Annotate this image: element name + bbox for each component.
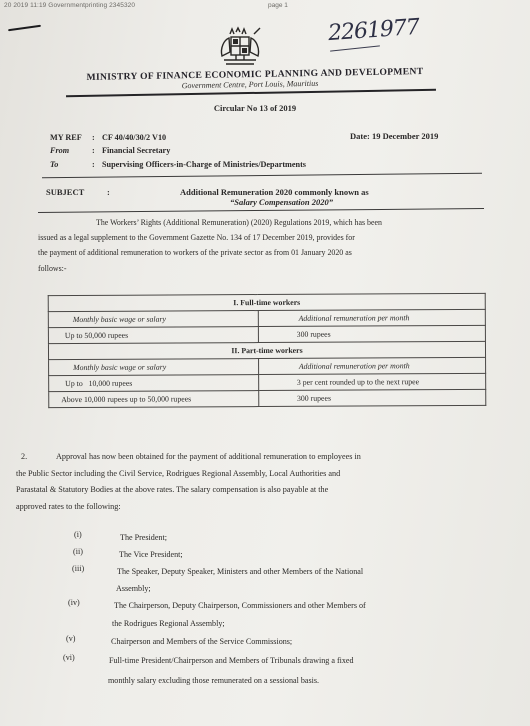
remuneration-cell: 300 rupees (258, 389, 485, 406)
item-text: The Chairperson, Deputy Chairperson, Com… (114, 598, 366, 615)
intro-line: issued as a legal supplement to the Gove… (38, 230, 445, 245)
ref-colon: : (92, 133, 95, 142)
to-colon: : (92, 160, 95, 169)
approval-paragraph: 2.Approval has now been obtained for the… (16, 449, 464, 515)
coat-of-arms-icon (216, 26, 264, 68)
wage-cell: Above 10,000 rupees up to 50,000 rupees (49, 391, 259, 408)
item-number: (ii) (73, 547, 83, 556)
intro-line: the payment of additional remuneration t… (38, 245, 445, 260)
item-text: The Speaker, Deputy Speaker, Ministers a… (117, 564, 363, 581)
subject-divider (38, 208, 484, 213)
item-text: Chairperson and Members of the Service C… (111, 634, 292, 651)
approval-line: approved rates to the following: (16, 499, 464, 516)
item-number: (iv) (68, 598, 80, 607)
handwritten-annotation: 2261977 (327, 15, 420, 46)
subject-subtitle: “Salary Compensation 2020” (230, 197, 333, 207)
circular-number: Circular No 13 of 2019 (150, 103, 360, 113)
approval-line: Approval has now been obtained for the p… (56, 452, 361, 461)
circular-document-page: 20 2019 11:19 Governmentprinting 2345320… (0, 0, 530, 726)
item-text: The President; (120, 530, 167, 547)
handwritten-underline (330, 45, 380, 51)
to-value: Supervising Officers-in-Charge of Minist… (102, 160, 306, 169)
item-number: (v) (66, 634, 75, 643)
table-row: Above 10,000 rupees up to 50,000 rupees … (49, 389, 486, 407)
column-header-wage: Monthly basic wage or salary (48, 311, 258, 328)
item-text: Assembly; (116, 581, 151, 598)
circular-date: Date: 19 December 2019 (350, 131, 438, 141)
fax-transmission-header: 20 2019 11:19 Governmentprinting 2345320 (4, 2, 135, 9)
fax-page-number: page 1 (268, 2, 288, 9)
wage-cell: Up to 50,000 rupees (48, 327, 258, 344)
subject-colon: : (107, 187, 110, 197)
remuneration-table: I. Full-time workers Monthly basic wage … (48, 293, 487, 408)
item-text: the Rodrigues Regional Assembly; (112, 616, 225, 633)
subject-label: SUBJECT (46, 187, 84, 197)
item-number: (i) (74, 530, 82, 539)
letterhead-rule (66, 89, 436, 97)
intro-line: follows:- (38, 261, 445, 276)
from-value: Financial Secretary (102, 146, 170, 155)
column-header-remuneration: Additional remuneration per month (258, 357, 485, 374)
remuneration-cell: 300 rupees (258, 325, 485, 342)
pen-mark (8, 25, 41, 32)
to-label: To (50, 160, 58, 169)
item-text: The Vice President; (119, 547, 183, 564)
from-colon: : (92, 146, 95, 155)
intro-paragraph: The Workers’ Rights (Additional Remunera… (38, 215, 445, 276)
subject-title: Additional Remuneration 2020 commonly kn… (180, 187, 369, 197)
wage-cell: Up to 10,000 rupees (49, 375, 259, 392)
meta-divider (42, 173, 482, 179)
column-header-remuneration: Additional remuneration per month (258, 309, 485, 326)
ref-value: CF 40/40/30/2 V10 (102, 133, 166, 142)
approval-line: the Public Sector including the Civil Se… (16, 466, 464, 483)
item-number: (vi) (63, 653, 75, 662)
ref-label: MY REF (50, 133, 82, 142)
remuneration-cell: 3 per cent rounded up to the next rupee (258, 373, 485, 390)
column-header-wage: Monthly basic wage or salary (49, 359, 259, 376)
item-text: monthly salary excluding those remunerat… (108, 673, 319, 690)
item-number: (iii) (72, 564, 84, 573)
from-label: From (50, 146, 69, 155)
item-text: Full-time President/Chairperson and Memb… (109, 653, 354, 670)
approval-line: Parastatal & Statutory Bodies at the abo… (16, 482, 464, 499)
paragraph-number: 2. (16, 449, 56, 466)
intro-line: The Workers’ Rights (Additional Remunera… (96, 218, 382, 227)
